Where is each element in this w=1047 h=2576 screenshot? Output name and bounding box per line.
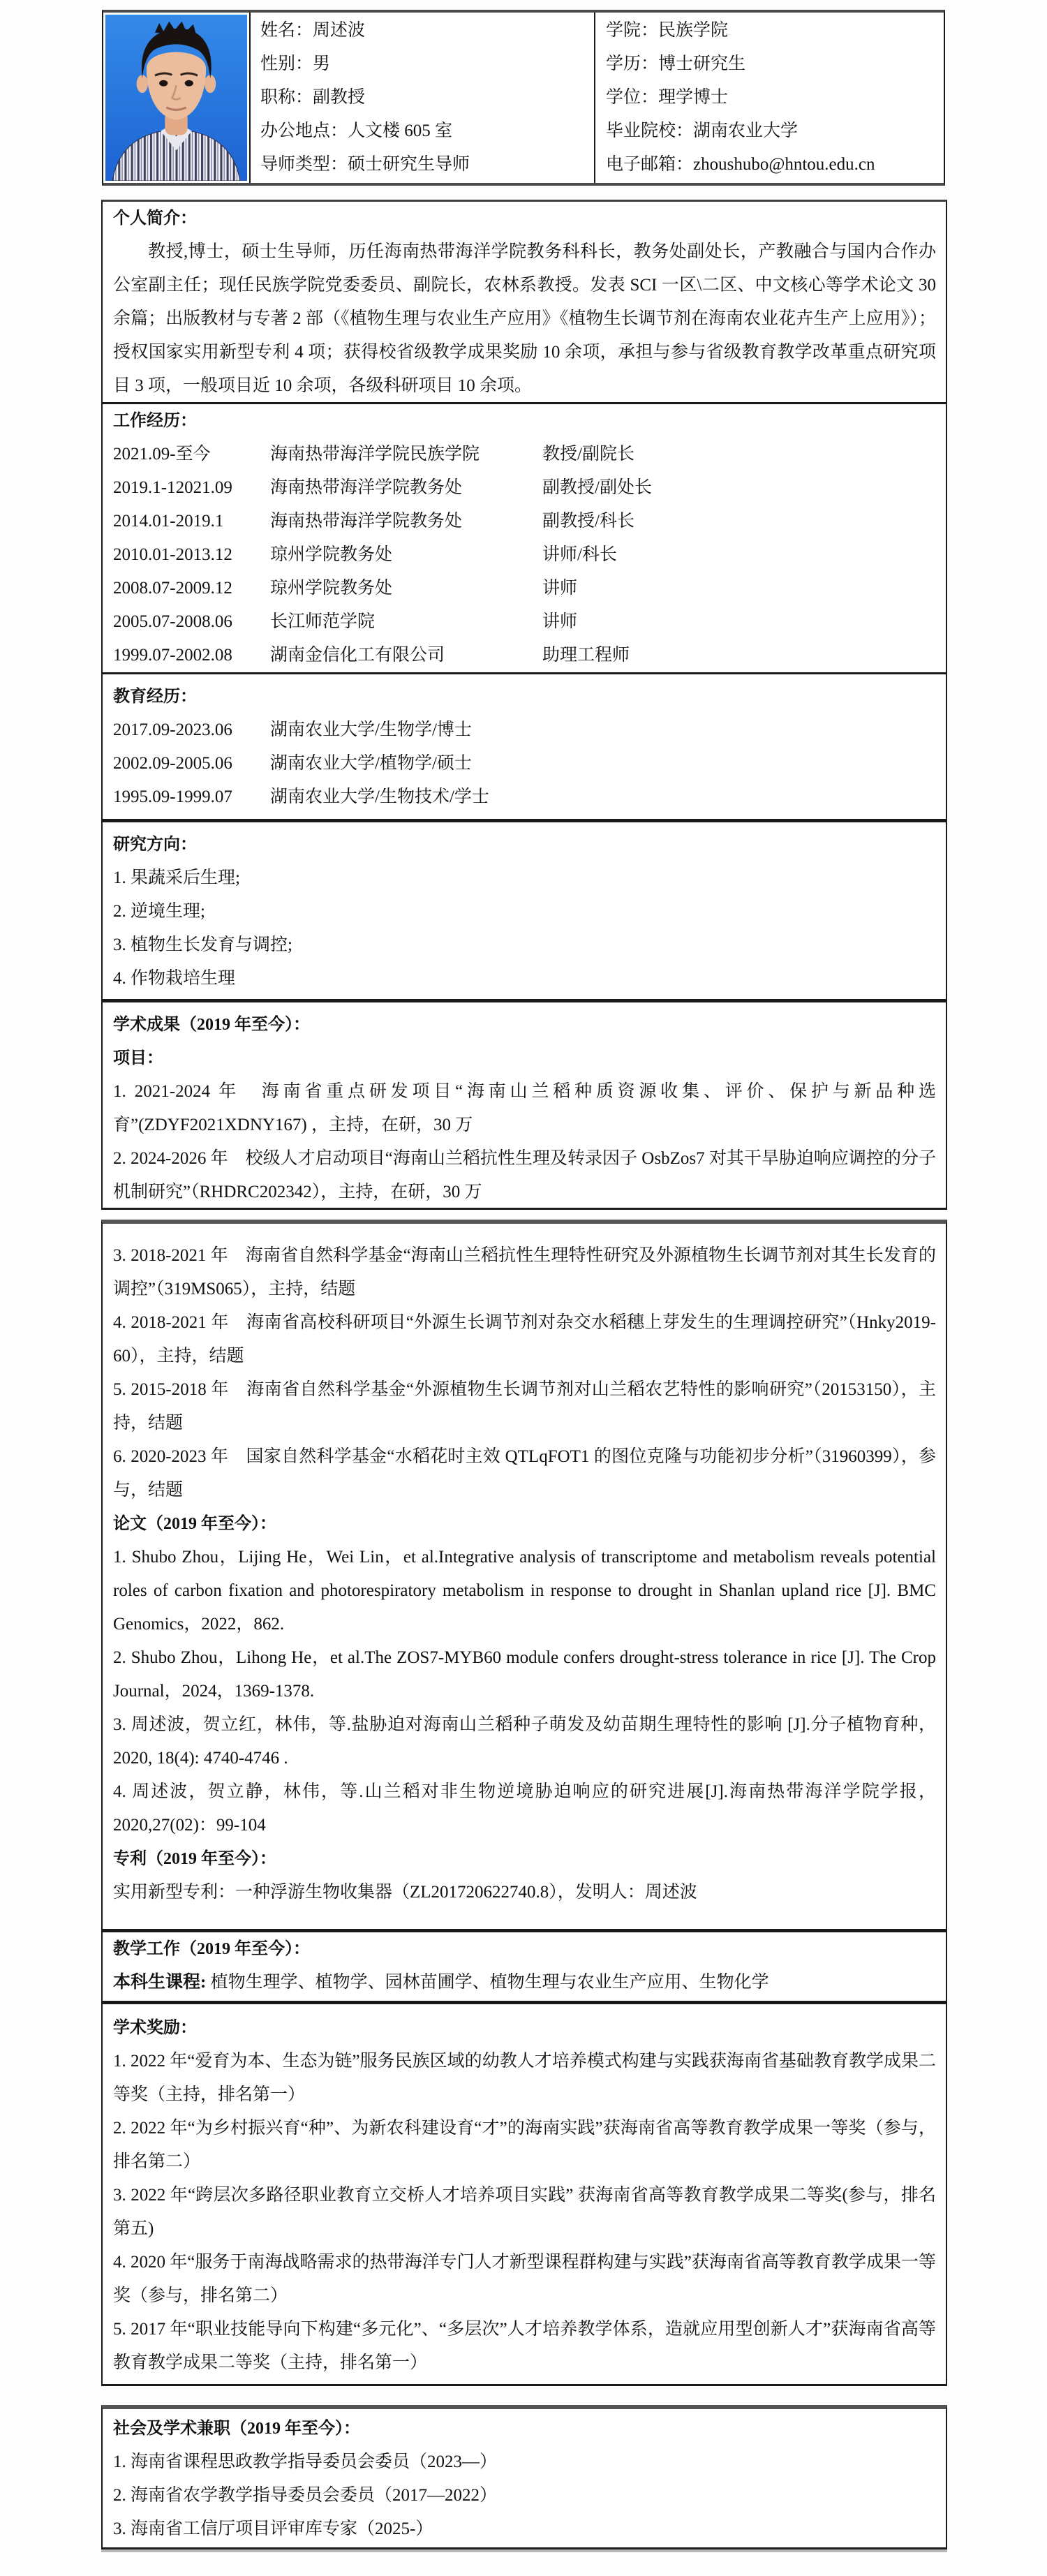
work-row: 1999.07-2002.08 湖南金信化工有限公司 助理工程师 [113,639,936,672]
education-row: 1995.09-1999.07 湖南农业大学/生物技术/学士 [113,780,936,814]
work-post: 副教授/副处长 [542,471,936,505]
education-line: 学历：博士研究生 [606,54,944,75]
section-academic-achievements: 学术成果（2019 年至今）： 项目： 1. 2021-2024 年 海南省重点… [103,999,946,1212]
cv-page: 姓名：周述波 性别：男 职称：副教授 办公地点：人文楼 605 室 导师类型：硕… [0,0,1047,2576]
project-item: 1. 2021-2024 年 海南省重点研发项目“海南山兰稻种质资源收集、评价、… [113,1075,936,1142]
undergrad-courses-line: 本科生课程: 植物生理学、植物学、园林苗圃学、植物生理与农业生产应用、生物化学 [113,1966,936,1999]
award-item: 3. 2022 年“跨层次多路径职业教育立交桥人才培养项目实践” 获海南省高等教… [113,2179,936,2246]
work-org: 海南热带海洋学院民族学院 [270,438,542,471]
office-line: 办公地点：人文楼 605 室 [260,121,594,142]
college-line: 学院：民族学院 [606,20,944,41]
education-date: 2002.09-2005.06 [113,747,270,780]
patents-title: 专利（2019 年至今）： [113,1842,936,1876]
work-org: 湖南金信化工有限公司 [270,639,542,672]
service-item: 2. 海南省农学教学指导委员会委员（2017—2022） [113,2479,936,2512]
basic-info-right-column: 学院：民族学院 学历：博士研究生 学位：理学博士 毕业院校：湖南农业大学 电子邮… [595,13,944,183]
name-line: 姓名：周述波 [260,20,594,41]
research-directions-title: 研究方向： [113,828,936,861]
basic-info-left-column: 姓名：周述波 性别：男 职称：副教授 办公地点：人文楼 605 室 导师类型：硕… [251,13,595,183]
award-item: 5. 2017 年“职业技能导向下构建“多元化”、“多层次”人才培养教学体系，造… [113,2313,936,2380]
project-item: 4. 2018-2021 年 海南省高校科研项目“外源生长调节剂对杂交水稻穗上芽… [113,1306,936,1373]
teaching-work-title: 教学工作（2019 年至今）： [113,1932,936,1966]
personal-profile-title: 个人简介： [113,202,936,235]
research-item: 1. 果蔬采后生理; [113,861,936,895]
work-row: 2005.07-2008.06 长江师范学院 讲师 [113,605,936,639]
work-date: 2010.01-2013.12 [113,538,270,572]
paper-item: 2. Shubo Zhou，Lihong He，et al.The ZOS7-M… [113,1641,936,1708]
advisor-type-line: 导师类型：硕士研究生导师 [260,154,594,175]
work-post: 讲师 [542,572,936,605]
section-social-academic-service: 社会及学术兼职（2019 年至今）： 1. 海南省课程思政教学指导委员会委员（2… [103,2409,946,2546]
work-date: 2014.01-2019.1 [113,505,270,538]
section-work-experience: 工作经历： 2021.09-至今 海南热带海洋学院民族学院 教授/副院长 201… [103,402,946,672]
work-org: 海南热带海洋学院教务处 [270,471,542,505]
papers-title: 论文（2019 年至今）： [113,1507,936,1541]
education-degree: 湖南农业大学/植物学/硕士 [270,747,936,780]
photo-cell [103,13,251,183]
work-row: 2008.07-2009.12 琼州学院教务处 讲师 [113,572,936,605]
education-history-title: 教育经历： [113,680,936,713]
work-row: 2010.01-2013.12 琼州学院教务处 讲师/科长 [113,538,936,572]
patent-item: 实用新型专利：一种浮游生物收集器（ZL201720622740.8），发明人：周… [113,1876,936,1909]
research-item: 4. 作物栽培生理 [113,962,936,995]
work-date: 2008.07-2009.12 [113,572,270,605]
undergrad-courses-label: 本科生课程: [113,1973,206,1992]
work-post: 助理工程师 [542,639,936,672]
work-experience-title: 工作经历： [113,404,936,438]
paper-item: 1. Shubo Zhou，Lijing He，Wei Lin，et al.In… [113,1541,936,1641]
research-item: 3. 植物生长发育与调控; [113,928,936,962]
research-item: 2. 逆境生理; [113,895,936,928]
personal-profile-text: 教授,博士，硕士生导师，历任海南热带海洋学院教务科科长，教务处副处长，产教融合与… [113,235,936,402]
page-block-1: 个人简介： 教授,博士，硕士生导师，历任海南热带海洋学院教务科科长，教务处副处长… [101,200,947,1210]
work-org: 琼州学院教务处 [270,538,542,572]
paper-item: 3. 周述波，贺立红，林伟，等.盐胁迫对海南山兰稻种子萌发及幼苗期生理特性的影响… [113,1708,936,1775]
work-date: 2021.09-至今 [113,438,270,471]
award-item: 1. 2022 年“爱育为本、生态为链”服务民族区域的幼教人才培养模式构建与实践… [113,2045,936,2112]
work-date: 2019.1-12021.09 [113,471,270,505]
project-item: 2. 2024-2026 年 校级人才启动项目“海南山兰稻抗性生理及转录因子 O… [113,1142,936,1209]
social-academic-service-title: 社会及学术兼职（2019 年至今）： [113,2412,936,2445]
work-post: 讲师 [542,605,936,639]
project-item: 5. 2015-2018 年 海南省自然科学基金“外源植物生长调节剂对山兰稻农艺… [113,1373,936,1440]
alma-mater-line: 毕业院校：湖南农业大学 [606,121,944,142]
academic-achievements-title: 学术成果（2019 年至今）： [113,1008,936,1042]
work-row: 2019.1-12021.09 海南热带海洋学院教务处 副教授/副处长 [113,471,936,505]
project-item: 6. 2020-2023 年 国家自然科学基金“水稻花时主效 QTLqFOT1 … [113,1440,936,1507]
section-research-directions: 研究方向： 1. 果蔬采后生理; 2. 逆境生理; 3. 植物生长发育与调控; … [103,819,946,999]
education-date: 1995.09-1999.07 [113,780,270,814]
work-post: 讲师/科长 [542,538,936,572]
page-block-3: 社会及学术兼职（2019 年至今）： 1. 海南省课程思政教学指导委员会委员（2… [101,2405,947,2549]
work-org: 琼州学院教务处 [270,572,542,605]
work-post: 教授/副院长 [542,438,936,471]
award-item: 2. 2022 年“为乡村振兴育“种”、为新农科建设育“才”的海南实践”获海南省… [113,2112,936,2179]
section-teaching-work: 教学工作（2019 年至今）： 本科生课程: 植物生理学、植物学、园林苗圃学、植… [103,1929,946,2001]
work-date: 2005.07-2008.06 [113,605,270,639]
service-item: 3. 海南省工信厅项目评审库专家（2025-） [113,2512,936,2546]
award-item: 4. 2020 年“服务于南海战略需求的热带海洋专门人才新型课程群构建与实践”获… [113,2246,936,2313]
education-degree: 湖南农业大学/生物技术/学士 [270,780,936,814]
work-row: 2014.01-2019.1 海南热带海洋学院教务处 副教授/科长 [113,505,936,538]
projects-subtitle: 项目： [113,1042,936,1075]
education-date: 2017.09-2023.06 [113,713,270,747]
title-line: 职称：副教授 [260,87,594,108]
basic-info-table: 姓名：周述波 性别：男 职称：副教授 办公地点：人文楼 605 室 导师类型：硕… [102,10,945,186]
work-row: 2021.09-至今 海南热带海洋学院民族学院 教授/副院长 [113,438,936,471]
page-block-2: 3. 2018-2021 年 海南省自然科学基金“海南山兰稻抗性生理特性研究及外… [101,1220,947,2386]
work-org: 长江师范学院 [270,605,542,639]
project-item: 3. 2018-2021 年 海南省自然科学基金“海南山兰稻抗性生理特性研究及外… [113,1239,936,1306]
section-projects-papers-patents: 3. 2018-2021 年 海南省自然科学基金“海南山兰稻抗性生理特性研究及外… [103,1224,946,1929]
undergrad-courses-list: 植物生理学、植物学、园林苗圃学、植物生理与农业生产应用、生物化学 [206,1973,768,1992]
education-degree: 湖南农业大学/生物学/博士 [270,713,936,747]
section-personal-profile: 个人简介： 教授,博士，硕士生导师，历任海南热带海洋学院教务科科长，教务处副处长… [103,202,946,402]
paper-item: 4. 周述波，贺立静，林伟，等.山兰稻对非生物逆境胁迫响应的研究进展[J].海南… [113,1775,936,1842]
work-date: 1999.07-2002.08 [113,639,270,672]
section-education-history: 教育经历： 2017.09-2023.06 湖南农业大学/生物学/博士 2002… [103,672,946,819]
service-item: 1. 海南省课程思政教学指导委员会委员（2023—） [113,2445,936,2479]
gender-line: 性别：男 [260,54,594,75]
profile-photo [105,15,247,181]
degree-line: 学位：理学博士 [606,87,944,108]
education-row: 2017.09-2023.06 湖南农业大学/生物学/博士 [113,713,936,747]
email-line: 电子邮箱：zhoushubo@hntou.edu.cn [606,154,944,175]
section-academic-awards: 学术奖励： 1. 2022 年“爱育为本、生态为链”服务民族区域的幼教人才培养模… [103,2001,946,2384]
work-org: 海南热带海洋学院教务处 [270,505,542,538]
education-row: 2002.09-2005.06 湖南农业大学/植物学/硕士 [113,747,936,780]
work-post: 副教授/科长 [542,505,936,538]
academic-awards-title: 学术奖励： [113,2011,936,2045]
